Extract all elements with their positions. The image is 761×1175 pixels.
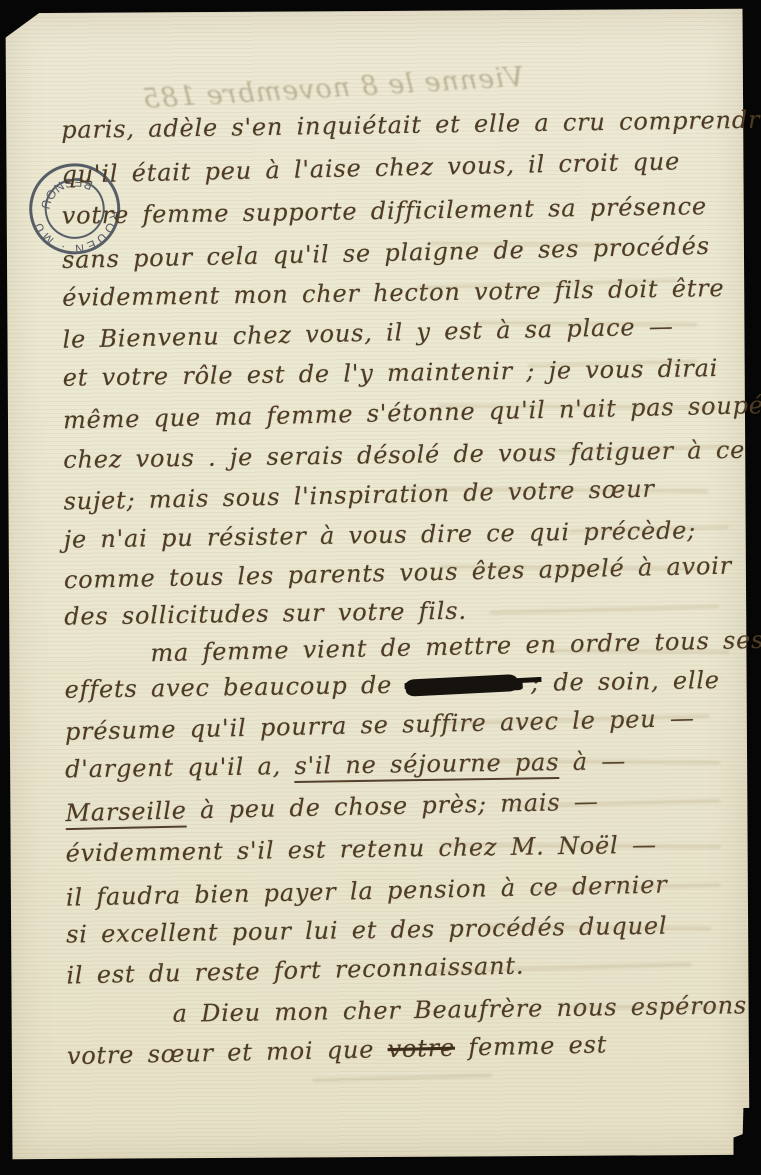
manuscript-line: évidemment s'il est retenu chez M. Noël … — [65, 831, 657, 868]
manuscript-line: Marseille à peu de chose près; mais — — [65, 787, 599, 827]
manuscript-text: chez vous . je serais désolé de vous fat… — [63, 436, 745, 474]
manuscript-text: d'argent qu'il a, — [65, 752, 295, 783]
manuscript-text: il est du reste fort reconnaissant. — [66, 952, 524, 990]
manuscript-text: votre sœur et moi que — [67, 1035, 388, 1070]
manuscript-text: il faudra bien payer la pension à ce der… — [66, 871, 668, 912]
bleedthrough-mark — [489, 605, 719, 615]
manuscript-text: qu'il était peu à l'aise chez vous, il c… — [61, 147, 680, 188]
manuscript-text: a Dieu mon cher Beaufrère nous espérons — [172, 991, 747, 1028]
manuscript-text: comme tous les parents vous êtes appelé … — [64, 552, 733, 595]
manuscript-text: évidemment s'il est retenu chez M. Noël … — [65, 831, 657, 868]
bleedthrough-date: Vienne le 8 novembre 185 — [203, 62, 524, 112]
manuscript-text: et votre rôle est de l'y maintenir ; je … — [63, 354, 719, 392]
manuscript-text: femme est — [455, 1030, 608, 1061]
manuscript-text: si excellent pour lui et des procédés du… — [66, 912, 668, 949]
manuscript-line: a Dieu mon cher Beaufrère nous espérons — [172, 991, 747, 1028]
underlined-text: s'il ne séjourne pas — [294, 748, 559, 783]
manuscript-text: même que ma femme s'étonne qu'il n'ait p… — [63, 391, 761, 434]
paper-corner-shadow — [5, 12, 41, 38]
manuscript-line: qu'il était peu à l'aise chez vous, il c… — [61, 147, 680, 188]
manuscript-line: des sollicitudes sur votre fils. — [64, 597, 467, 631]
manuscript-line: chez vous . je serais désolé de vous fat… — [63, 436, 745, 474]
bleedthrough-mark — [312, 1073, 492, 1082]
manuscript-text: à peu de chose près; mais — — [186, 787, 599, 824]
manuscript-text: paris, adèle s'en inquiétait et elle a c… — [61, 105, 761, 144]
manuscript-text: je n'ai pu résister à vous dire ce qui p… — [64, 516, 697, 553]
manuscript-text: ma femme vient de mettre en ordre tous s… — [150, 626, 761, 667]
manuscript-line: sans pour cela qu'il se plaigne de ses p… — [62, 232, 710, 274]
manuscript-text: ; de soin, elle — [517, 666, 720, 697]
manuscript-line: il est du reste fort reconnaissant. — [66, 952, 524, 990]
letter-page: Vienne le 8 novembre 185 ROUEN · MUSÉE B… — [6, 9, 750, 1159]
struck-text: votre — [387, 1034, 455, 1063]
manuscript-line: même que ma femme s'étonne qu'il n'ait p… — [63, 391, 761, 434]
manuscript-line: et votre rôle est de l'y maintenir ; je … — [63, 354, 719, 392]
manuscript-line: d'argent qu'il a, s'il ne séjourne pas à… — [65, 747, 626, 783]
manuscript-text: évidemment mon cher hecton votre fils do… — [62, 274, 725, 312]
manuscript-line: sujet; mais sous l'inspiration de votre … — [63, 475, 655, 516]
bleedthrough-marks — [6, 9, 743, 14]
manuscript-text: sans pour cela qu'il se plaigne de ses p… — [62, 232, 710, 274]
manuscript-text: sujet; mais sous l'inspiration de votre … — [63, 475, 655, 516]
manuscript-text: à — — [559, 747, 626, 776]
ink-blot — [405, 674, 518, 697]
manuscript-line: présume qu'il pourra se suffire avec le … — [65, 704, 695, 746]
manuscript-line: votre sœur et moi que votre femme est — [67, 1030, 608, 1070]
manuscript-text: effets avec beaucoup de — [64, 671, 405, 704]
manuscript-line: si excellent pour lui et des procédés du… — [66, 912, 668, 949]
manuscript-line: ma femme vient de mettre en ordre tous s… — [150, 626, 761, 667]
manuscript-line: effets avec beaucoup de ; de soin, elle — [64, 666, 720, 704]
manuscript-line: votre femme supporte difficilement sa pr… — [62, 192, 708, 230]
underlined-text: Marseille — [65, 796, 187, 830]
manuscript-text: présume qu'il pourra se suffire avec le … — [65, 704, 695, 746]
letter-body: paris, adèle s'en inquiétait et elle a c… — [6, 9, 743, 14]
manuscript-text: le Bienvenu chez vous, il y est à sa pla… — [62, 312, 674, 353]
manuscript-line: évidemment mon cher hecton votre fils do… — [62, 274, 725, 312]
paper-edge-notch — [733, 1108, 750, 1156]
manuscript-line: je n'ai pu résister à vous dire ce qui p… — [64, 516, 697, 553]
manuscript-line: comme tous les parents vous êtes appelé … — [64, 552, 733, 595]
manuscript-text: votre femme supporte difficilement sa pr… — [62, 192, 708, 230]
manuscript-text: des sollicitudes sur votre fils. — [64, 597, 467, 631]
manuscript-line: il faudra bien payer la pension à ce der… — [66, 871, 668, 912]
manuscript-line: le Bienvenu chez vous, il y est à sa pla… — [62, 312, 674, 353]
manuscript-line: paris, adèle s'en inquiétait et elle a c… — [61, 105, 761, 144]
